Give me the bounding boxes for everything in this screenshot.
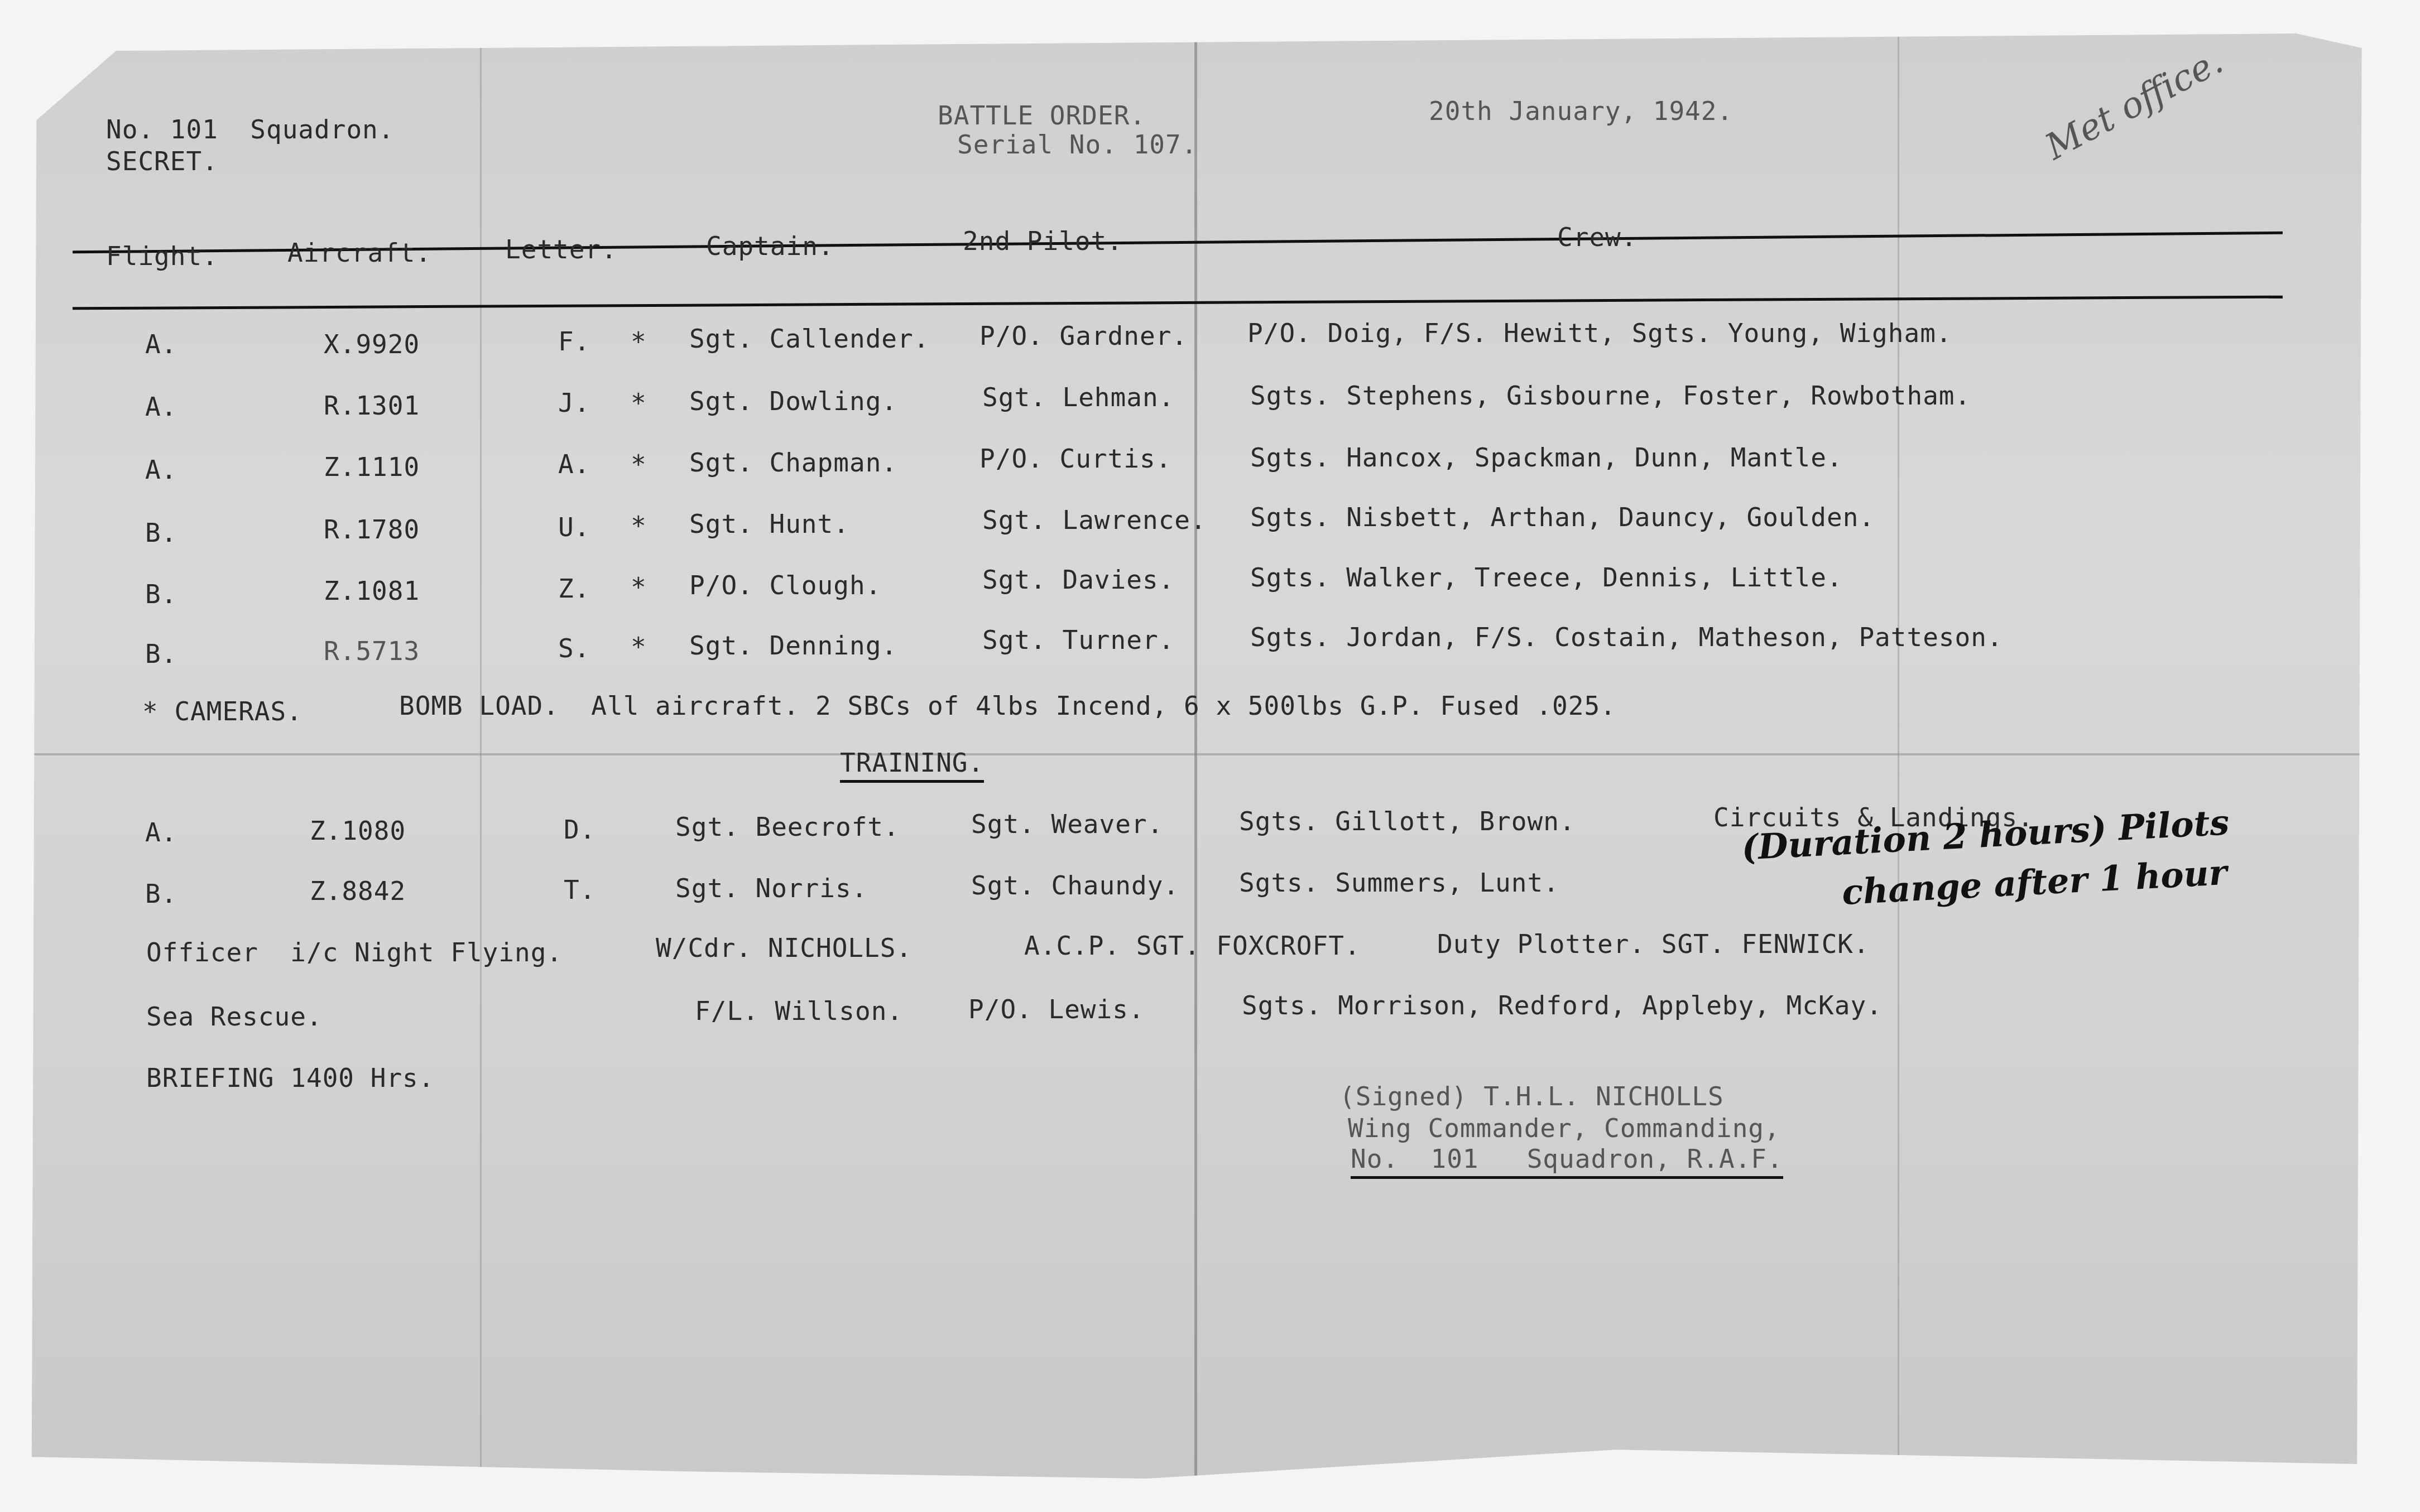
crew-cell: Sgts. Stephens, Gisbourne, Foster, Rowbo… (1250, 381, 1971, 411)
aircraft-cell: R.5713 (324, 636, 420, 666)
briefing-time: BRIEFING 1400 Hrs. (146, 1063, 435, 1093)
aircraft-cell: R.1301 (324, 391, 420, 421)
second-pilot-cell: Sgt. Lehman. (982, 382, 1174, 412)
crew-cell: Sgts. Nisbett, Arthan, Dauncy, Goulden. (1250, 502, 1875, 532)
cameras-note: * CAMERAS. (142, 696, 302, 726)
captain-cell: Sgt. Hunt. (689, 509, 849, 539)
aircraft-cell: Z.1110 (324, 452, 420, 482)
signatory-rank: Wing Commander, Commanding, (1348, 1113, 1780, 1143)
camera-mark: * (631, 632, 647, 662)
bomb-load-text: BOMB LOAD. All aircraft. 2 SBCs of 4lbs … (399, 691, 1616, 721)
document-title: BATTLE ORDER. (938, 100, 1146, 131)
night-flying-label: Officer i/c Night Flying. (146, 937, 563, 967)
captain-cell: Sgt. Norris. (675, 873, 867, 903)
flight-cell: B. (145, 518, 177, 548)
crew-cell: Sgts. Hancox, Spackman, Dunn, Mantle. (1250, 442, 1843, 473)
flight-cell: A. (145, 392, 177, 422)
camera-mark: * (631, 449, 647, 479)
captain-cell: Sgt. Beecroft. (675, 812, 900, 842)
letter-cell: A. (558, 449, 590, 479)
letter-cell: J. (558, 388, 590, 418)
crew-cell: P/O. Doig, F/S. Hewitt, Sgts. Young, Wig… (1247, 318, 1952, 348)
flight-cell: A. (145, 455, 177, 485)
crew-cell: Sgts. Jordan, F/S. Costain, Matheson, Pa… (1250, 622, 2003, 652)
document-date: 20th January, 1942. (1429, 96, 1733, 126)
flight-cell: B. (145, 639, 177, 669)
sea-rescue-crew: Sgts. Morrison, Redford, Appleby, McKay. (1242, 990, 1883, 1020)
squadron-label: No. 101 Squadron. (106, 114, 395, 145)
camera-mark: * (631, 511, 647, 541)
letter-cell: S. (558, 633, 590, 663)
classification-label: SECRET. (106, 146, 218, 176)
camera-mark: * (631, 326, 647, 357)
captain-cell: Sgt. Callender. (689, 324, 929, 354)
flight-cell: A. (145, 329, 177, 359)
serial-number: Serial No. 107. (957, 129, 1197, 160)
aircraft-cell: Z.1081 (324, 576, 420, 606)
aircraft-cell: X.9920 (324, 329, 420, 359)
sea-rescue-label: Sea Rescue. (146, 1001, 323, 1032)
aircraft-cell: R.1780 (324, 514, 420, 545)
letter-cell: D. (564, 815, 596, 845)
column-header-flight: Flight. (106, 241, 218, 271)
column-header-captain: Captain. (706, 231, 834, 261)
crew-cell: Sgts. Walker, Treece, Dennis, Little. (1250, 562, 1843, 593)
second-pilot-cell: Sgt. Chaundy. (971, 870, 1179, 901)
fold-line (480, 33, 482, 1479)
column-header-aircraft: Aircraft. (287, 238, 431, 268)
crew-cell: Sgts. Gillott, Brown. (1239, 806, 1576, 836)
column-header-letter: Letter. (505, 234, 617, 264)
signatory-unit: No. 101 Squadron, R.A.F. (1351, 1144, 1783, 1179)
aircraft-cell: Z.8842 (310, 876, 406, 906)
fold-line (1898, 33, 1899, 1479)
sea-rescue-second-pilot: P/O. Lewis. (968, 994, 1145, 1024)
second-pilot-cell: Sgt. Lawrence. (982, 505, 1207, 535)
flight-cell: B. (145, 579, 177, 609)
night-flying-officer: W/Cdr. NICHOLLS. (656, 933, 912, 963)
sea-rescue-captain: F/L. Willson. (695, 996, 903, 1026)
second-pilot-cell: Sgt. Davies. (982, 565, 1174, 595)
aircraft-cell: Z.1080 (310, 816, 406, 846)
captain-cell: P/O. Clough. (689, 570, 881, 600)
training-heading: TRAINING. (840, 748, 984, 783)
duty-plotter: Duty Plotter. SGT. FENWICK. (1437, 929, 1870, 959)
captain-cell: Sgt. Denning. (689, 630, 897, 661)
second-pilot-cell: Sgt. Weaver. (971, 809, 1163, 839)
acp-sergeant: A.C.P. SGT. FOXCROFT. (1024, 931, 1361, 961)
fold-line (1194, 33, 1197, 1479)
column-header-second-pilot: 2nd Pilot. (963, 226, 1123, 256)
camera-mark: * (631, 388, 647, 418)
second-pilot-cell: Sgt. Turner. (982, 625, 1174, 655)
second-pilot-cell: P/O. Curtis. (979, 444, 1171, 474)
captain-cell: Sgt. Dowling. (689, 386, 897, 416)
camera-mark: * (631, 572, 647, 602)
flight-cell: A. (145, 817, 177, 848)
signature-line: (Signed) T.H.L. NICHOLLS (1339, 1081, 1724, 1111)
flight-cell: B. (145, 879, 177, 909)
column-header-crew: Crew. (1557, 222, 1637, 252)
letter-cell: T. (564, 875, 596, 905)
letter-cell: Z. (558, 574, 590, 604)
letter-cell: U. (558, 512, 590, 542)
captain-cell: Sgt. Chapman. (689, 447, 897, 478)
document-photo: No. 101 Squadron. SECRET. BATTLE ORDER. … (0, 0, 2420, 1512)
letter-cell: F. (558, 326, 590, 357)
crew-cell: Sgts. Summers, Lunt. (1239, 868, 1559, 898)
fold-line (22, 753, 2366, 755)
second-pilot-cell: P/O. Gardner. (979, 321, 1188, 351)
